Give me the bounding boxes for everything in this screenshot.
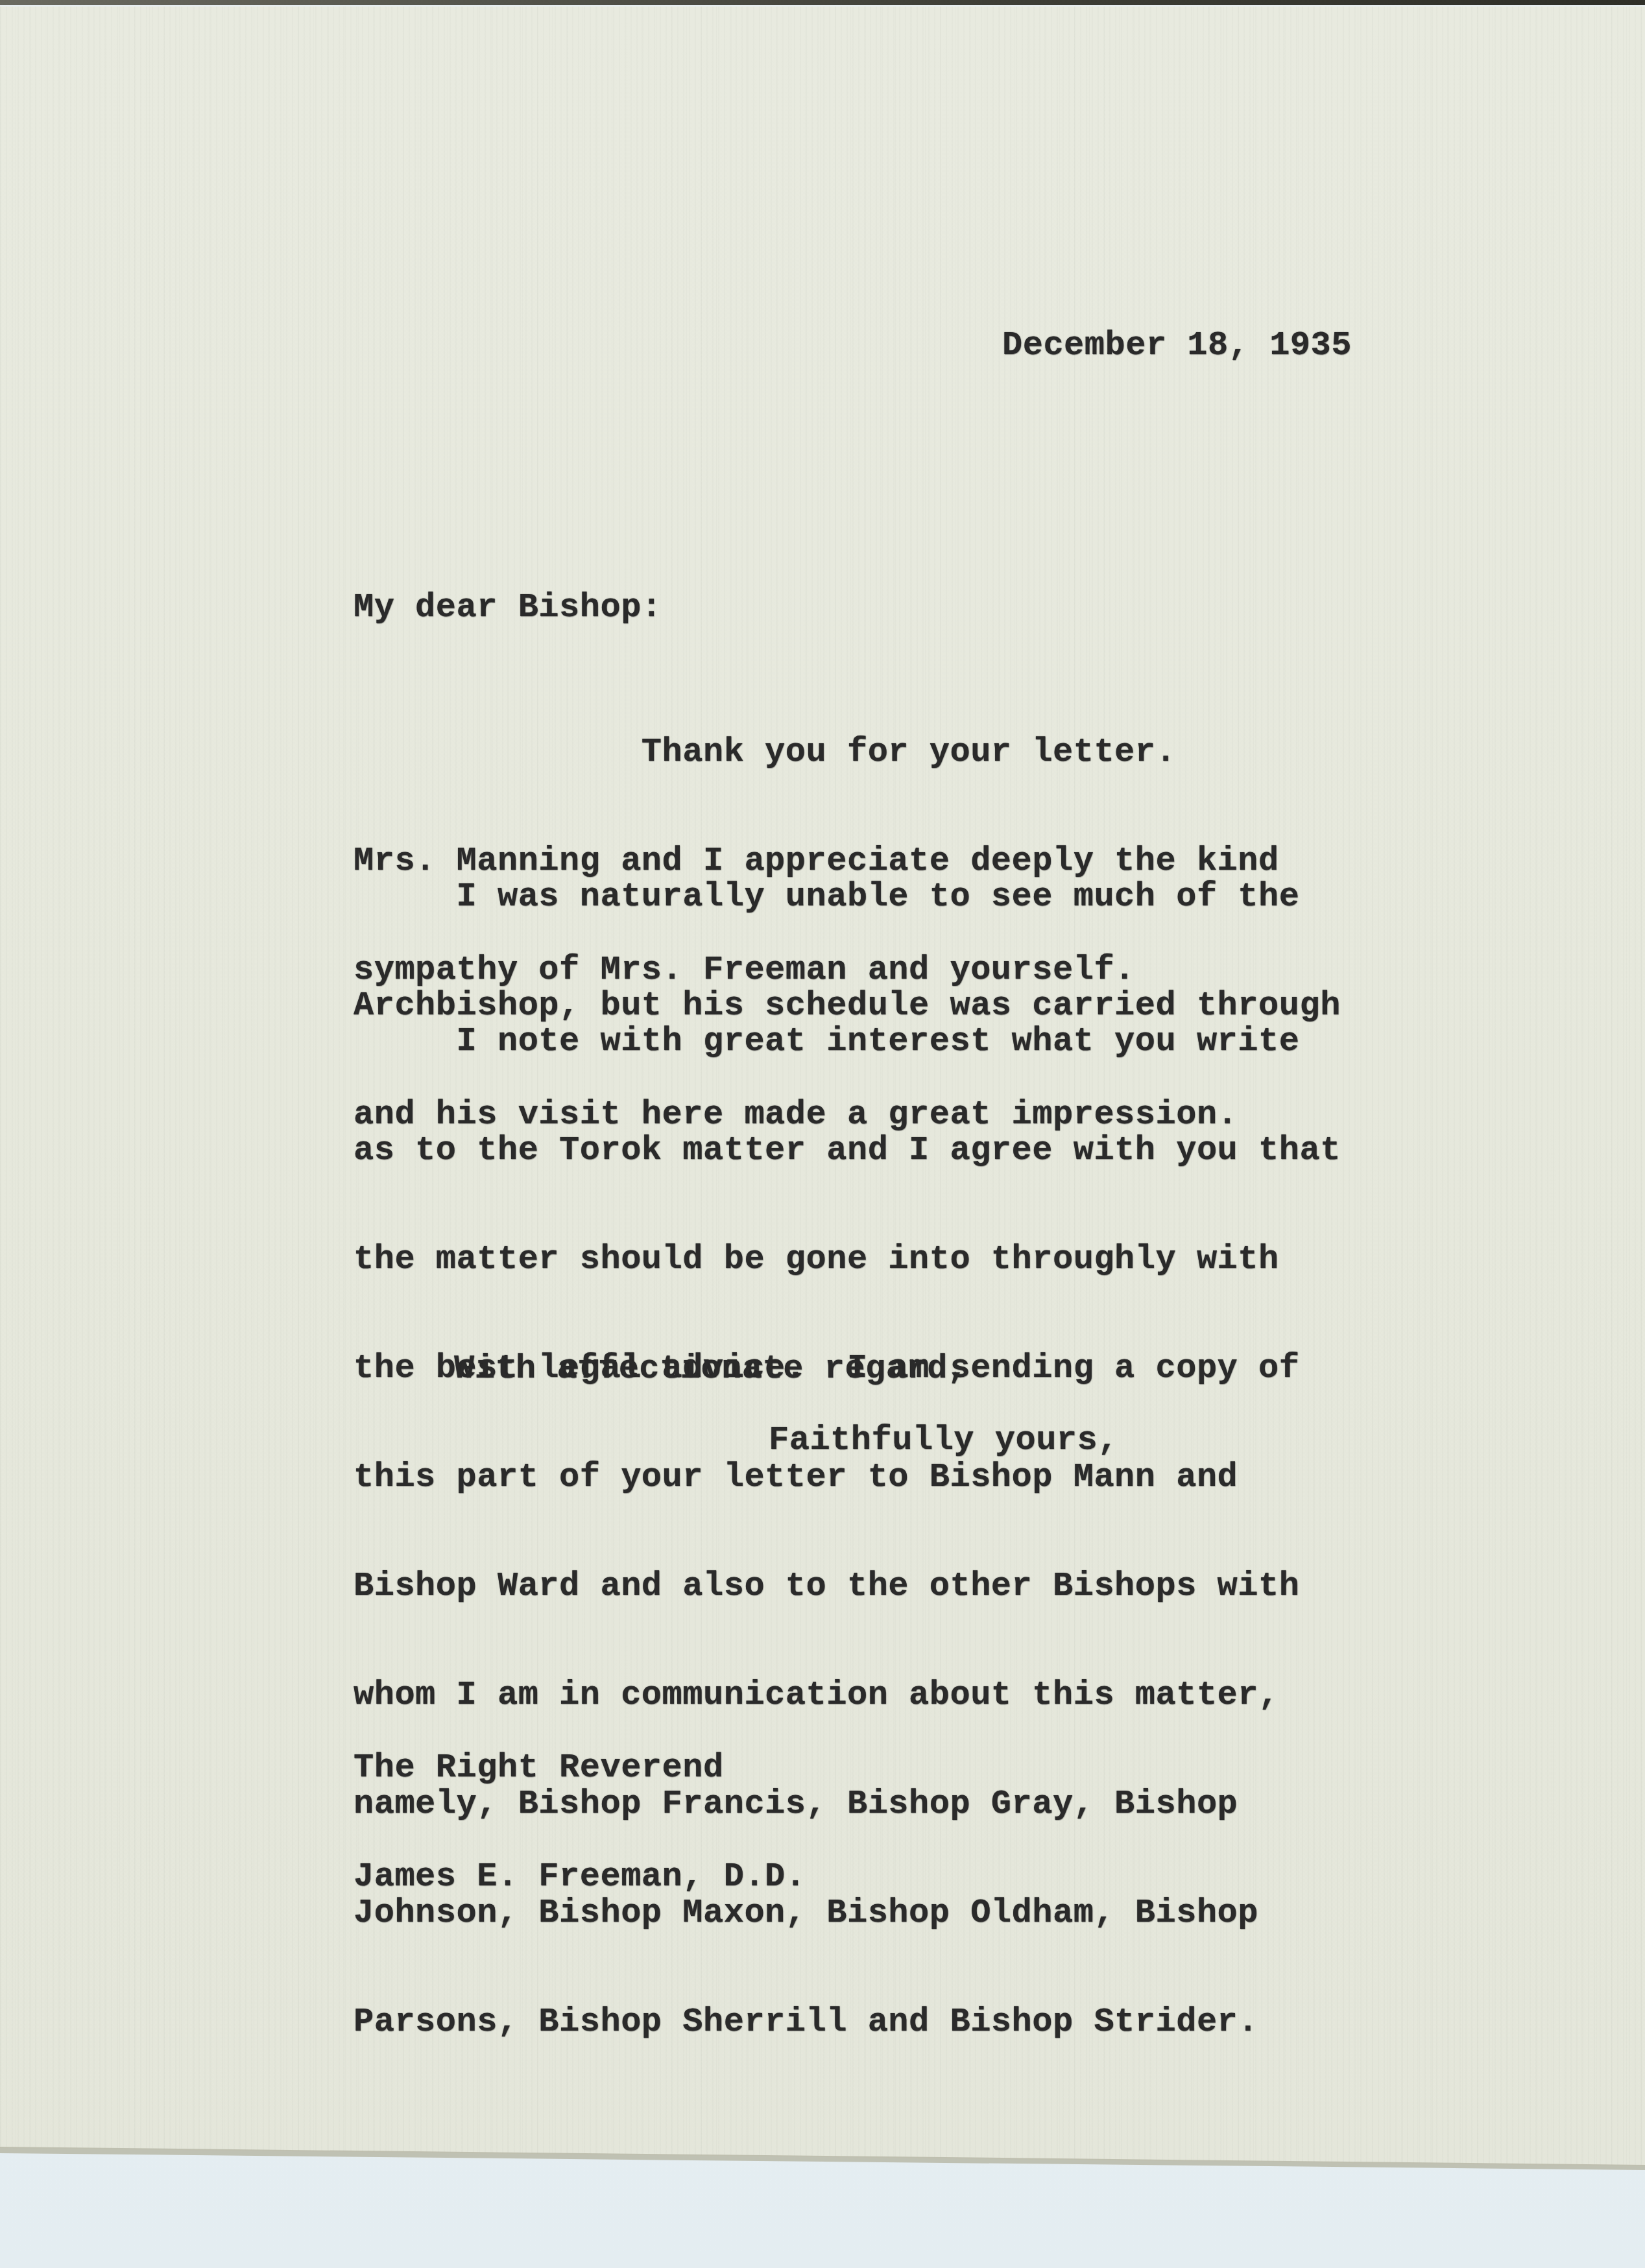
paragraph-line: I note with great interest what you writ… [354, 1023, 1341, 1060]
paragraph-line: Bishop Ward and also to the other Bishop… [354, 1568, 1341, 1605]
salutation: My dear Bishop: [354, 590, 662, 626]
paragraph-line: Thank you for your letter. [354, 734, 1279, 770]
addressee-block: The Right Reverend James E. Freeman, D.D… [354, 1677, 806, 1968]
addressee-title: The Right Reverend [354, 1750, 806, 1786]
letter-body: December 18, 1935 My dear Bishop: Thank … [0, 0, 1645, 2268]
letter-date: December 18, 1935 [1002, 328, 1352, 364]
paragraph-line: Parsons, Bishop Sherrill and Bishop Stri… [354, 2004, 1341, 2040]
paragraph-line: the matter should be gone into throughly… [354, 1241, 1341, 1278]
paragraph-line: I was naturally unable to see much of th… [354, 879, 1341, 915]
paragraph-line: as to the Torok matter and I agree with … [354, 1132, 1341, 1169]
addressee-name: James E. Freeman, D.D. [354, 1859, 806, 1895]
complimentary-closing: With affectionate regard, [454, 1351, 968, 1387]
paragraph-line: this part of your letter to Bishop Mann … [354, 1459, 1341, 1496]
signoff: Faithfully yours, [769, 1422, 1118, 1459]
